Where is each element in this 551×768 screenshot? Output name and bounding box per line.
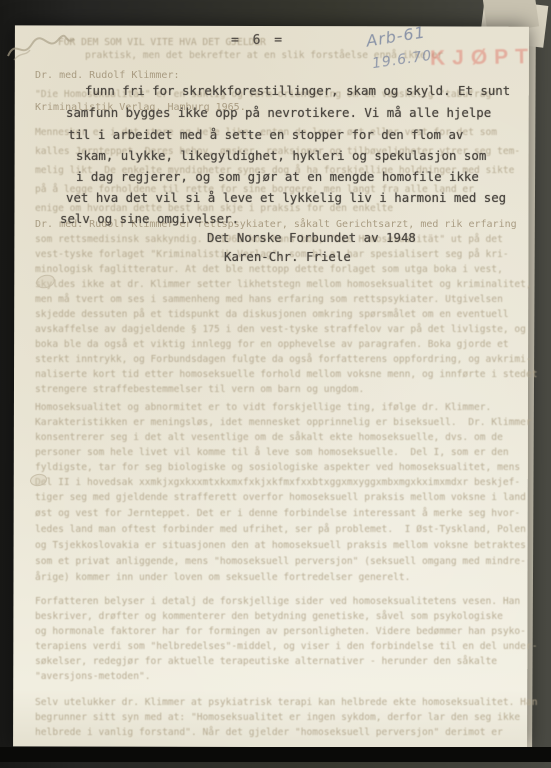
scan-shadow-band: [0, 747, 551, 762]
scanned-document-photo: praktisk, men det bekrefter at en slik f…: [0, 0, 551, 768]
paper-page: [13, 25, 529, 747]
